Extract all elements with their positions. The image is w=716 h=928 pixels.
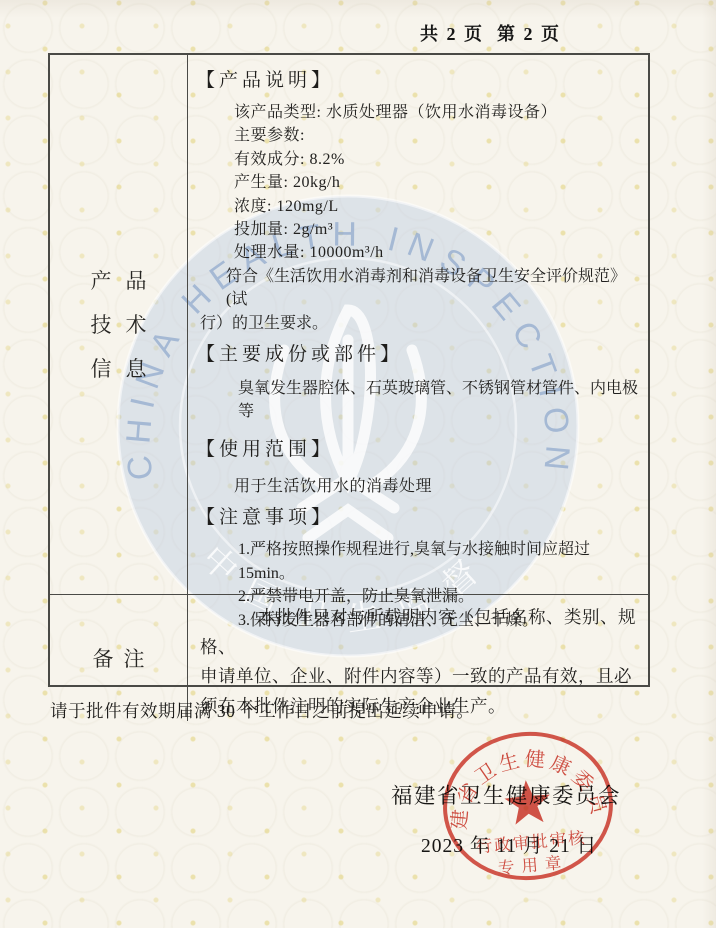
param-line: 投加量: 2g/m³ [234,218,640,241]
product-info-table: 产品 技术 信息 【产品说明】 该产品类型: 水质处理器（饮用水消毒设备） 主要… [48,53,650,687]
issuer-name: 福建省卫生健康委员会 [391,779,621,810]
label-line: 信息 [77,347,161,391]
remark-line: 本批件只对与所载明内容（包括名称、类别、规格、 [200,603,638,662]
remark-label: 备注 [83,643,155,673]
section-title-main-components: 【主要成份或部件】 [196,341,640,368]
section-title-usage-scope: 【使用范围】 [196,436,640,463]
table-row-product-info: 产品 技术 信息 【产品说明】 该产品类型: 水质处理器（饮用水消毒设备） 主要… [50,55,648,594]
components-line: 臭氧发生器腔体、石英玻璃管、不锈钢管材管件、内电极等 [238,377,640,424]
param-line: 浓度: 120mg/L [234,195,640,218]
param-line: 该产品类型: 水质处理器（饮用水消毒设备） [234,101,640,124]
param-line: 主要参数: [234,124,640,147]
label-line: 技术 [77,303,161,347]
compliance-line: 行）的卫生要求。 [200,312,640,335]
product-info-label-cell: 产品 技术 信息 [50,55,188,594]
param-line: 产生量: 20kg/h [234,171,640,194]
product-info-content-cell: 【产品说明】 该产品类型: 水质处理器（饮用水消毒设备） 主要参数: 有效成分:… [188,55,648,594]
param-line: 有效成分: 8.2% [234,148,640,171]
section-title-precautions: 【注意事项】 [196,504,640,531]
remark-line: 申请单位、企业、附件内容等）一致的产品有效，且必 [200,662,638,692]
compliance-line: 符合《生活饮用水消毒剂和消毒设备卫生安全评价规范》(试 [226,265,640,312]
issue-date: 2023 年 11 月 21 日 [421,830,597,858]
precaution-line: 1.严格按照操作规程进行,臭氧与水接触时间应超过 15min。 [238,538,640,585]
section-title-product-description: 【产品说明】 [196,67,640,94]
page-number-header: 共 2 页 第 2 页 [420,20,561,46]
document-page: CHINA HEALTH INSPECTION 中国卫生监督 共 2 页 第 2… [0,0,716,928]
usage-line: 用于生活饮用水的消毒处理 [234,475,640,498]
label-line: 产品 [77,259,161,303]
product-parameters: 该产品类型: 水质处理器（饮用水消毒设备） 主要参数: 有效成分: 8.2% 产… [196,101,640,335]
renewal-note: 请于批件有效期届满 30 个工作日之前提出延续申请。 [50,698,474,723]
param-line: 处理水量: 10000m³/h [234,241,640,264]
official-seal-icon: 福建省卫生健康委员会 行政审批审核 专用章 [436,726,620,894]
